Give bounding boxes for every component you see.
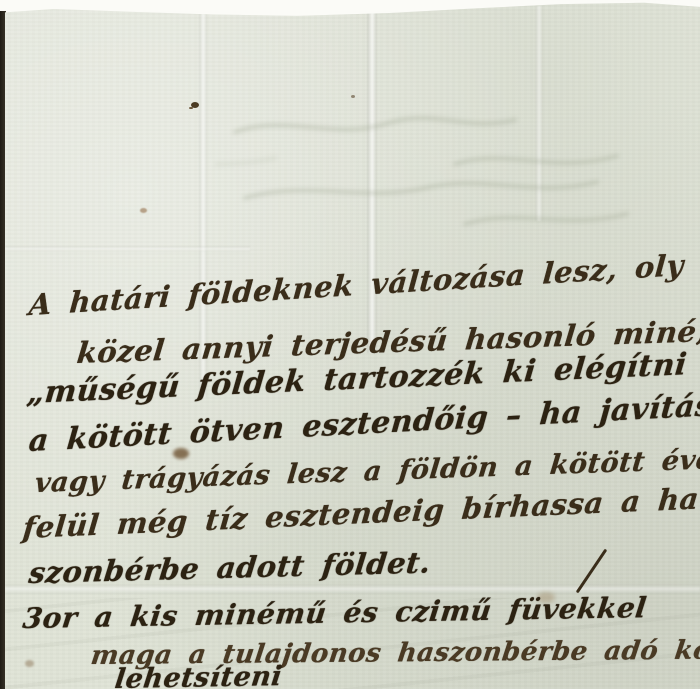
manuscript-paper: A határi földeknek változása lesz, oly k… xyxy=(5,0,700,689)
fox-spot xyxy=(140,208,147,213)
fox-spot xyxy=(25,660,34,667)
ink-speck xyxy=(191,102,199,108)
ink-speck xyxy=(351,95,355,98)
bleedthrough-ghost-text xyxy=(215,102,655,242)
manuscript-line-10: lehetsíteni xyxy=(113,661,284,689)
fold-crease-horizontal-upper xyxy=(5,246,250,252)
scanned-document: A határi földeknek változása lesz, oly k… xyxy=(0,0,700,689)
